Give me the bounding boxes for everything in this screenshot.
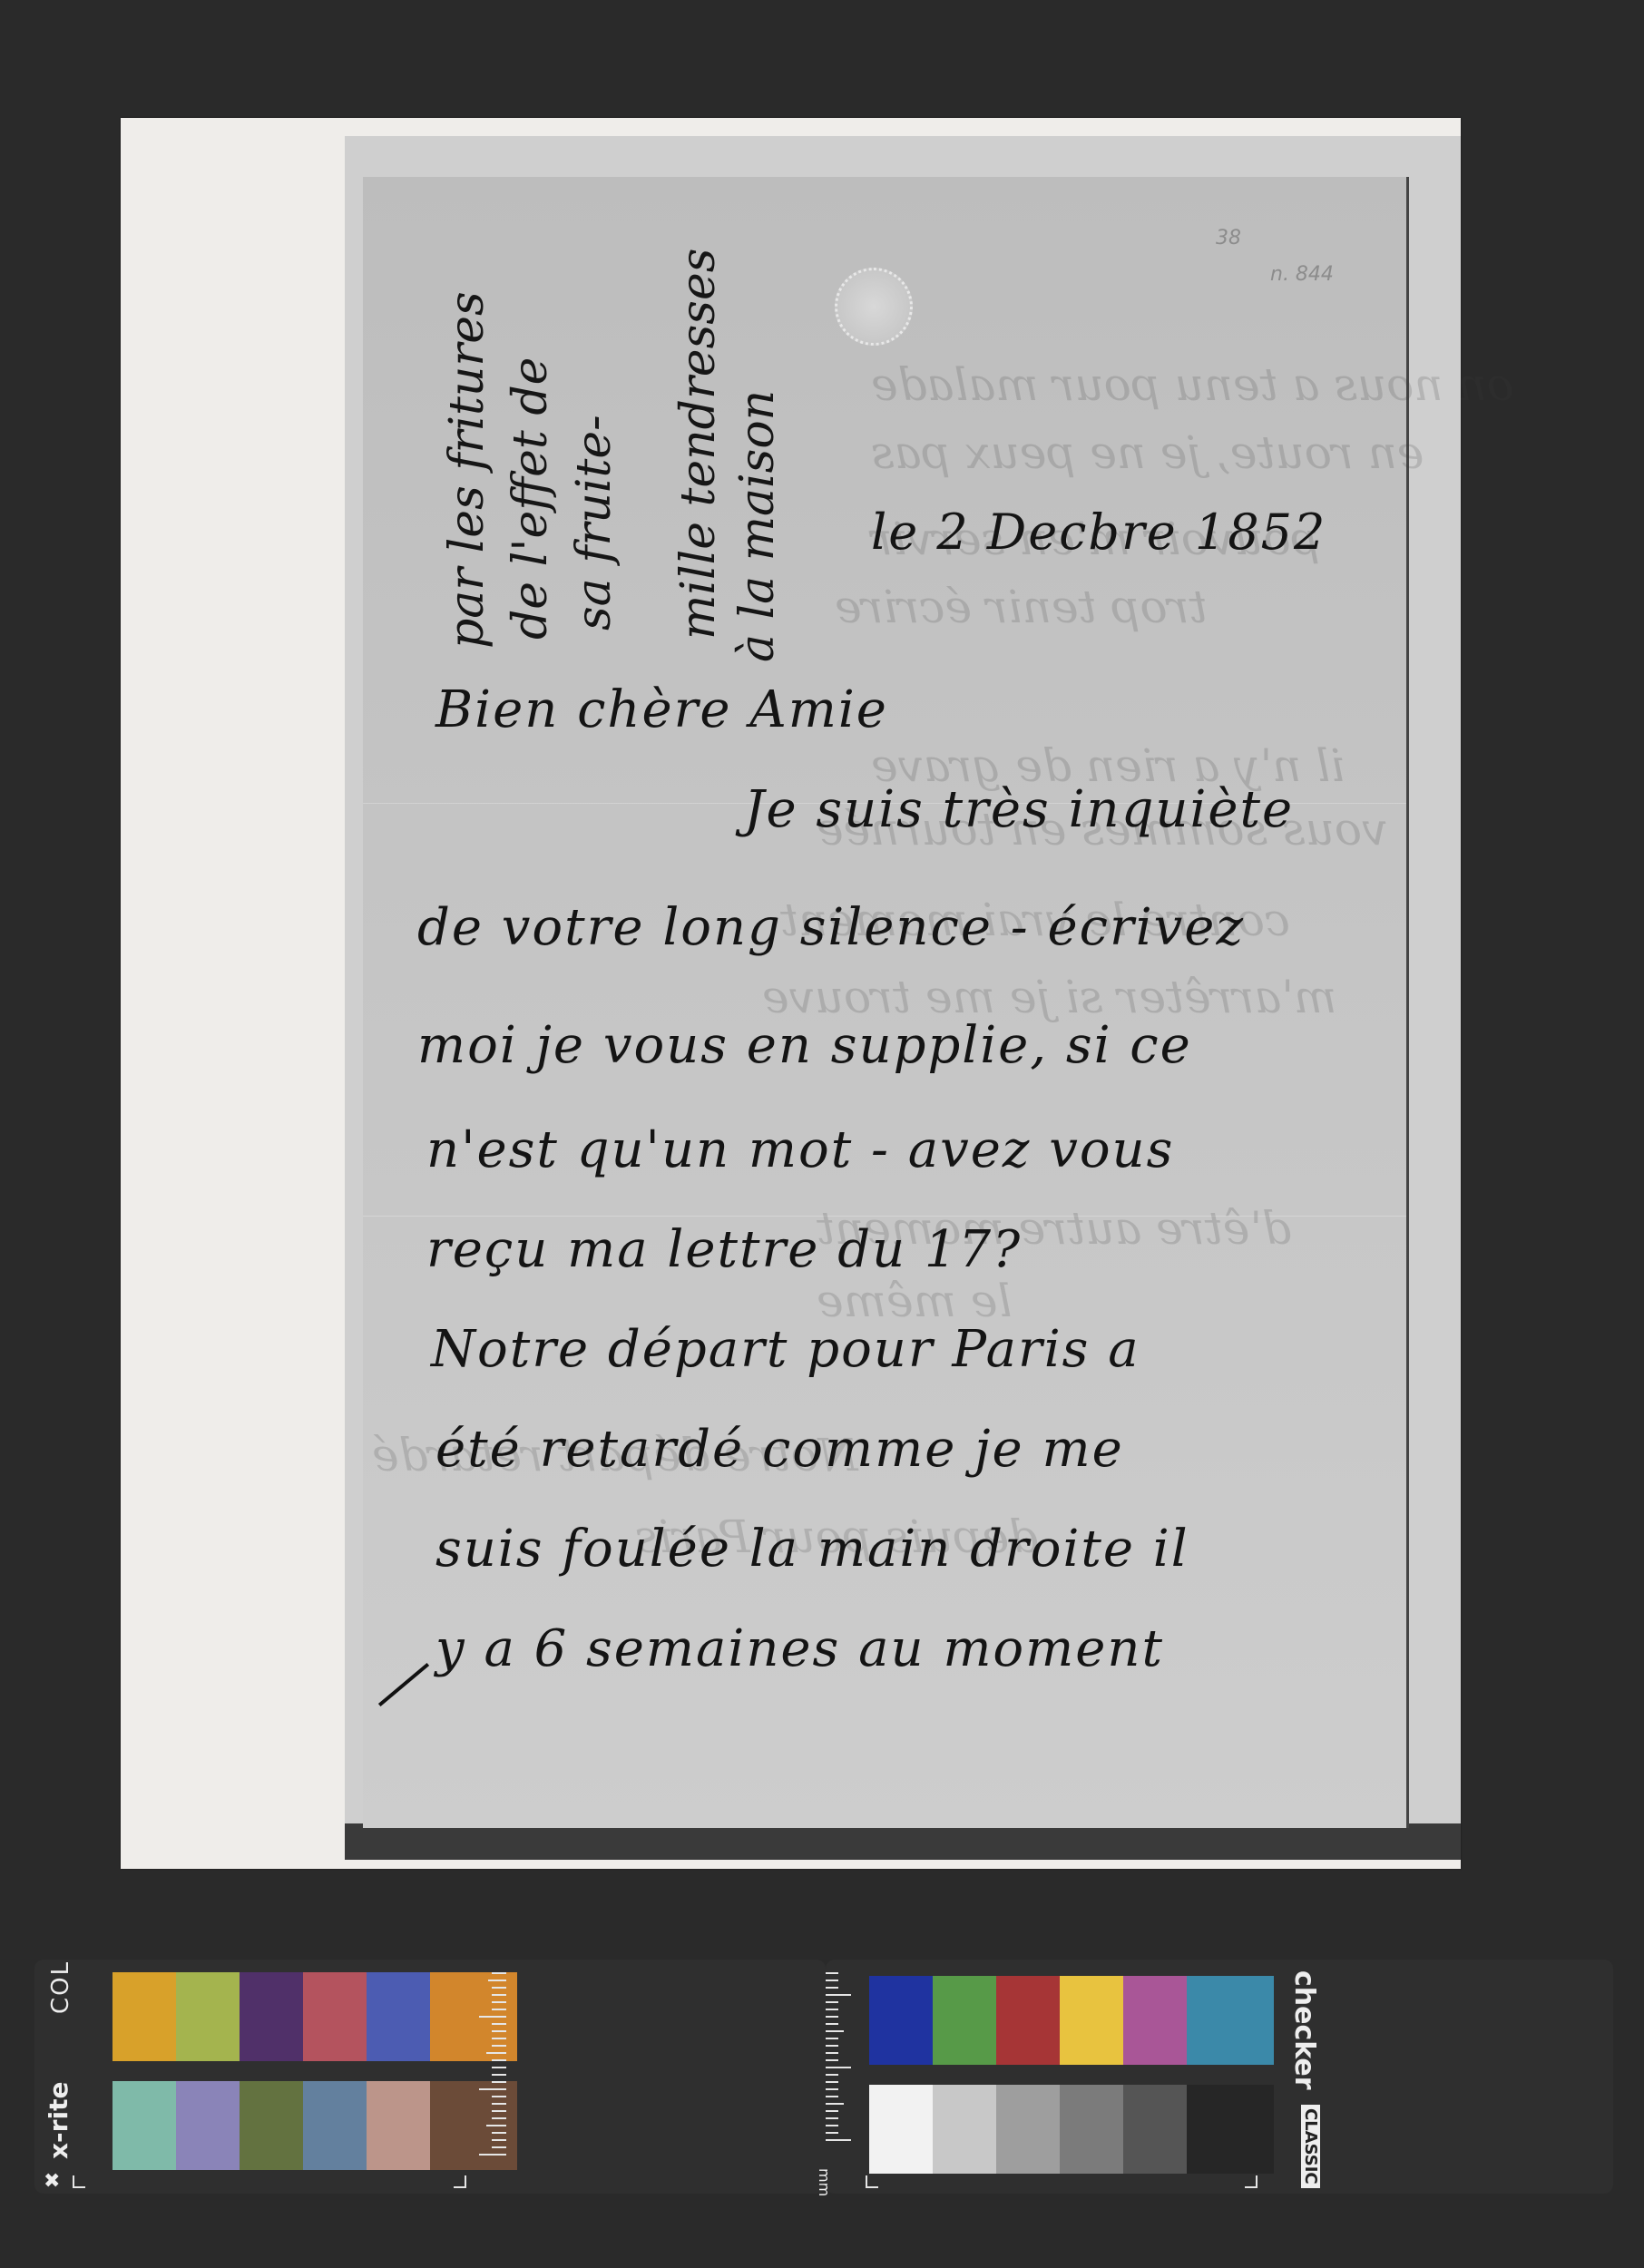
letter-line: y a 6 semaines au moment bbox=[435, 1619, 1164, 1678]
archive-number: n. 844 bbox=[1270, 263, 1334, 286]
archive-number: 38 bbox=[1216, 227, 1241, 249]
corner-mark bbox=[866, 2175, 878, 2188]
ruler-unit-label: mm bbox=[816, 2168, 833, 2196]
letter-line: moi je vous en supplie, si ce bbox=[417, 1016, 1192, 1075]
embossed-seal bbox=[835, 268, 913, 346]
bleed-through-line: trop tenir écrire bbox=[835, 581, 1208, 633]
xrite-logo-icon: ✖ bbox=[44, 2170, 60, 2193]
corner-mark bbox=[73, 2175, 85, 2188]
swatch-r-r1-6 bbox=[1187, 1976, 1274, 2065]
margin-notes: par les fritures de l'effet de sa fruite… bbox=[417, 213, 826, 685]
margin-note-line: mille tendresses bbox=[671, 249, 726, 640]
margin-note-line: à la maison bbox=[730, 390, 785, 662]
color-checker-right-card: mm checker CLASSIC bbox=[826, 1960, 1613, 2194]
letter-line: été retardé comme je me bbox=[435, 1420, 1124, 1479]
letter-line: Notre départ pour Paris a bbox=[431, 1320, 1140, 1379]
pen-stroke bbox=[378, 1663, 429, 1706]
ruler-left bbox=[479, 1972, 506, 2163]
letter-date: le 2 Decbre 1852 bbox=[871, 503, 1326, 561]
letter-line: Je suis très inquiète bbox=[744, 780, 1294, 839]
margin-note-line: par les fritures bbox=[440, 291, 494, 649]
checker-brand-text: checker bbox=[1288, 1970, 1320, 2090]
bleed-through-line: en route, je ne peux pas bbox=[871, 426, 1424, 479]
color-checker-left-card: COL x-rite ✖ bbox=[34, 1960, 826, 2194]
letter-line: reçu ma lettre du 17? bbox=[426, 1220, 1022, 1279]
letter-line: de votre long silence - écrivez bbox=[417, 898, 1245, 957]
swatch-r-r2-6 bbox=[1187, 2085, 1274, 2174]
letter-line: n'est qu'un mot - avez vous bbox=[426, 1120, 1174, 1179]
margin-note-line: de l'effet de bbox=[504, 357, 558, 640]
corner-mark bbox=[1245, 2175, 1257, 2188]
letter-page: on nous a tenu pour malade en route, je … bbox=[363, 177, 1409, 1828]
classic-badge: CLASSIC bbox=[1301, 2105, 1320, 2188]
corner-mark bbox=[454, 2175, 466, 2188]
brand-label-top: COL bbox=[47, 1960, 74, 2014]
letter-line: suis foulée la main droite il bbox=[435, 1520, 1189, 1579]
margin-note-line: sa fruite- bbox=[567, 415, 621, 631]
photo-bottom-edge bbox=[345, 1823, 1461, 1860]
letter-salutation: Bien chère Amie bbox=[435, 680, 888, 739]
xrite-logo-text: x-rite bbox=[44, 2082, 73, 2159]
bleed-through-line: on nous a tenu pour malade bbox=[871, 358, 1514, 411]
ruler-right bbox=[826, 1972, 853, 2163]
